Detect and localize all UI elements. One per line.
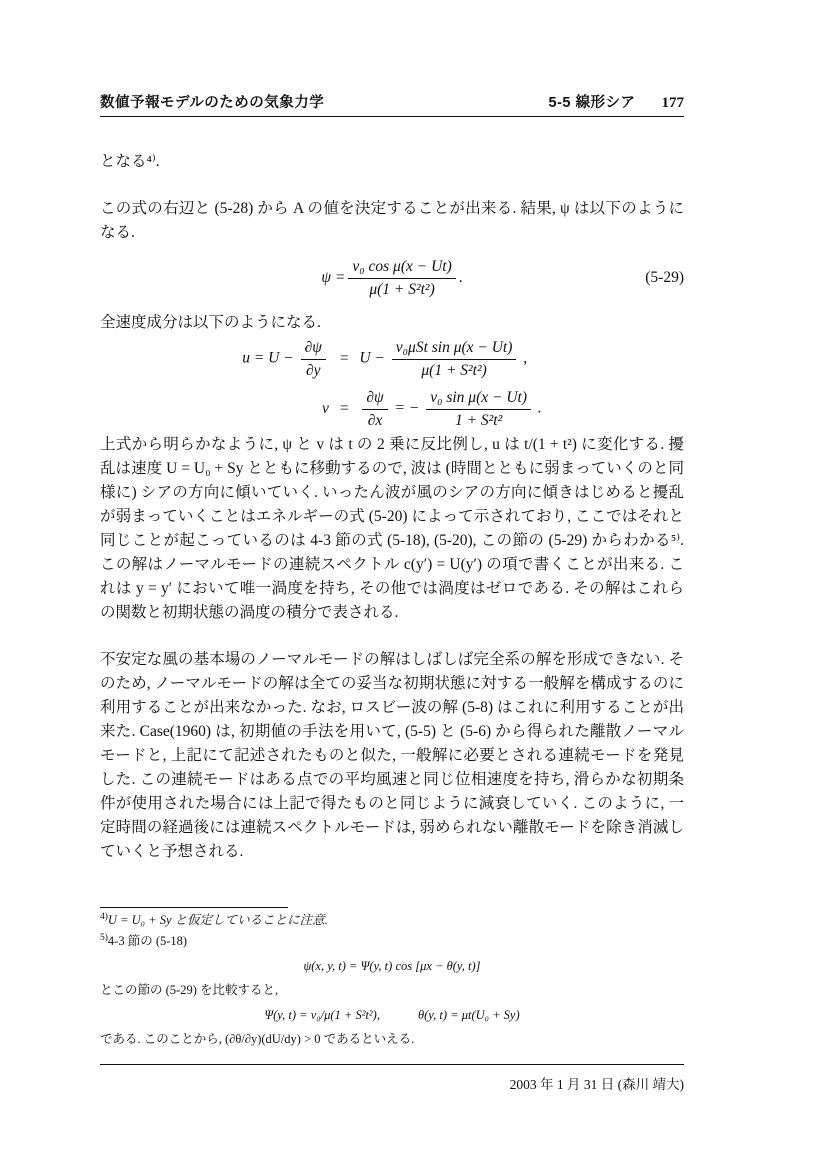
- paragraph-tonaru: となる⁴⁾.: [100, 150, 684, 174]
- footnote-equation-psi: ψ(x, y, t) = Ψ(y, t) cos [μx − θ(y, t)]: [100, 957, 684, 975]
- footnote-4-marker: 4): [100, 912, 108, 922]
- uv-row2-dfrac-den: ∂x: [362, 410, 387, 430]
- eq529-denominator: μ(1 + S²t²): [348, 279, 455, 299]
- uv-row1-frac-den: μ(1 + S²t²): [392, 360, 517, 380]
- uv-row1-rhs: U − v₀μSt sin μ(x − Ut) μ(1 + S²t²) ,: [359, 338, 527, 380]
- footnote-4: 4)U = U₀ + Sy と仮定していることに注意.: [100, 911, 684, 929]
- footnote-5-marker: 5): [100, 933, 108, 943]
- uv-row2-period: .: [538, 400, 542, 417]
- header-section-title: 5-5 線形シア: [549, 91, 636, 112]
- paragraph-intro: この式の右辺と (5-28) から A の値を決定することが出来る. 結果, ψ…: [100, 197, 684, 245]
- header-right-group: 5-5 線形シア 177: [549, 91, 685, 112]
- uv-row2-frac-num: v₀ sin μ(x − Ut): [426, 388, 531, 410]
- eq529-lhs: ψ =: [321, 269, 345, 287]
- uv-row1-dfrac-den: ∂y: [301, 360, 326, 380]
- uv-row2-equals: =: [339, 400, 349, 418]
- uv-row1-lhs: u = U − ∂ψ ∂y: [242, 338, 329, 380]
- footnote-4-text: U = U₀ + Sy と仮定していることに注意.: [108, 913, 328, 927]
- header-page-number: 177: [662, 95, 685, 112]
- footnote-area: 4)U = U₀ + Sy と仮定していることに注意. 5)4-3 節の (5-…: [100, 907, 684, 1048]
- equation-5-29: ψ = v₀ cos μ(x − Ut) μ(1 + S²t²) . (5-29…: [100, 254, 684, 302]
- uv-row2-dfrac-num: ∂ψ: [362, 388, 387, 410]
- uv-row1-dfrac: ∂ψ ∂y: [301, 338, 326, 380]
- uv-row1-lhs-pre: u = U −: [242, 350, 294, 367]
- footnote-5-text: 4-3 節の (5-18): [108, 934, 187, 948]
- paragraph-speed: 全速度成分は以下のようになる.: [100, 311, 684, 335]
- document-page: 数値予報モデルのための気象力学 5-5 線形シア 177 となる⁴⁾. この式の…: [0, 0, 826, 1169]
- paragraph-main: 上式から明らかなように, ψ と v は t の 2 乗に反比例し, u は t…: [100, 433, 684, 625]
- eq529-numerator: v₀ cos μ(x − Ut): [348, 257, 455, 279]
- uv-row2-mid: = −: [395, 400, 420, 417]
- uv-row2-frac-den: 1 + S²t²: [426, 410, 531, 430]
- eq529-period: .: [459, 269, 463, 287]
- footnote-conclusion-text: である. このことから, (∂θ/∂y)(dU/dy) > 0 であるといえる.: [100, 1030, 684, 1048]
- uv-row1-frac: v₀μSt sin μ(x − Ut) μ(1 + S²t²): [392, 338, 517, 380]
- uv-row1-rhs-pre: U −: [359, 350, 385, 367]
- uv-row1-dfrac-num: ∂ψ: [301, 338, 326, 360]
- text-column: 数値予報モデルのための気象力学 5-5 線形シア 177 となる⁴⁾. この式の…: [100, 0, 684, 1169]
- running-header: 数値予報モデルのための気象力学 5-5 線形シア 177: [100, 91, 684, 117]
- uv-row1-equals: =: [339, 350, 349, 368]
- footnote-eq-gap: [380, 1006, 418, 1024]
- footnote-eq-theta-right: θ(y, t) = μt(U₀ + Sy): [418, 1006, 520, 1024]
- eq529-fraction: v₀ cos μ(x − Ut) μ(1 + S²t²): [348, 257, 455, 299]
- footnote-eq-theta-left: Ψ(y, t) = v₀/μ(1 + S²t²),: [264, 1006, 380, 1024]
- spacer: [100, 864, 684, 907]
- footer-rule: [100, 1064, 684, 1065]
- uv-row1-comma: ,: [523, 350, 527, 367]
- uv-row2-rhs: ∂ψ ∂x = − v₀ sin μ(x − Ut) 1 + S²t² .: [359, 388, 541, 430]
- footer-date: 2003 年 1 月 31 日 (森川 靖大): [100, 1073, 684, 1093]
- uv-row1-frac-num: v₀μSt sin μ(x − Ut): [392, 338, 517, 360]
- equation-uv: u = U − ∂ψ ∂y = U − v₀μSt sin μ(x − Ut) …: [100, 341, 684, 427]
- uv-row2-dfrac: ∂ψ ∂x: [362, 388, 387, 430]
- paragraph-modes: 不安定な風の基本場のノーマルモードの解はしばしば完全系の解を形成できない. その…: [100, 648, 684, 864]
- footnote-equation-theta: Ψ(y, t) = v₀/μ(1 + S²t²), θ(y, t) = μt(U…: [100, 1006, 684, 1024]
- header-book-title: 数値予報モデルのための気象力学: [100, 91, 324, 112]
- footnote-separator-rule: [100, 907, 288, 908]
- uv-row2-lhs: v: [322, 400, 329, 418]
- footnote-5: 5)4-3 節の (5-18): [100, 932, 684, 950]
- footnote-compare-text: とこの節の (5-29) を比較すると,: [100, 981, 684, 999]
- uv-row2-frac: v₀ sin μ(x − Ut) 1 + S²t²: [426, 388, 531, 430]
- equation-uv-grid: u = U − ∂ψ ∂y = U − v₀μSt sin μ(x − Ut) …: [242, 338, 542, 430]
- eq529-equation-number: (5-29): [645, 269, 684, 287]
